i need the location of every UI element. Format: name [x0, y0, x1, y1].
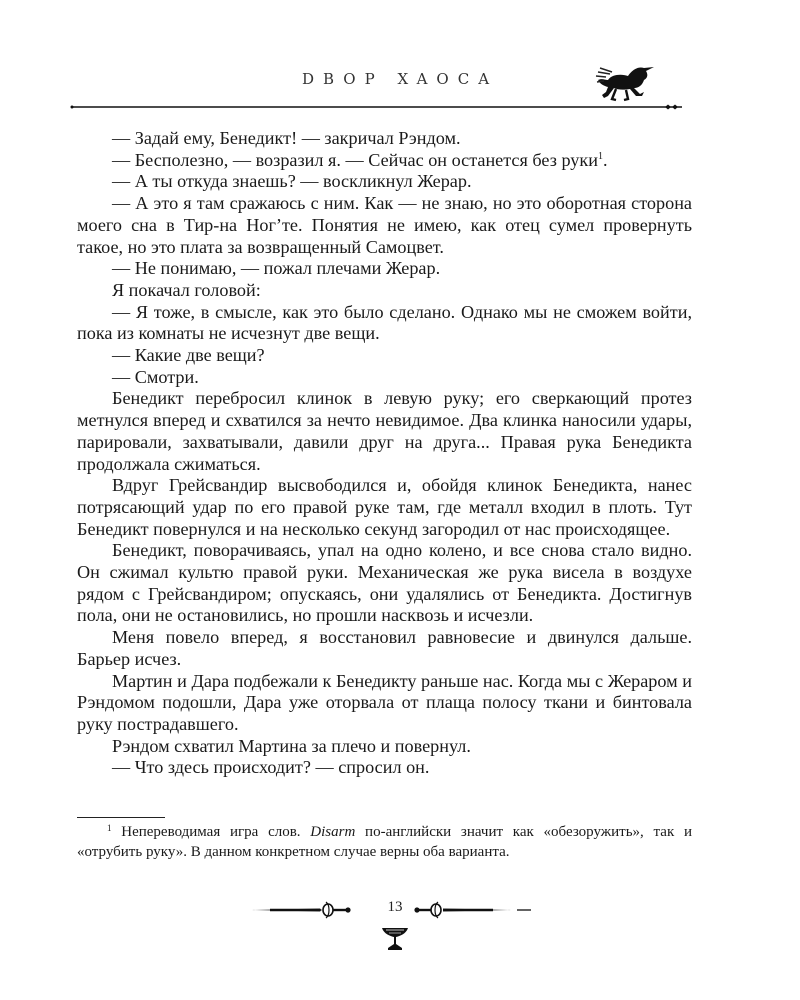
- paragraph: — Я тоже, в смысле, как это было сделано…: [77, 302, 692, 345]
- paragraph: — А ты откуда знаешь? — воскликнул Жерар…: [77, 171, 692, 193]
- paragraph: Мартин и Дара подбежали к Бенедикту рань…: [77, 671, 692, 736]
- paragraph: Бенедикт, поворачиваясь, упал на одно ко…: [77, 540, 692, 627]
- paragraph: Меня повело вперед, я восстановил равнов…: [77, 627, 692, 670]
- paragraph: — Не понимаю, — пожал плечами Жерар.: [77, 258, 692, 280]
- paragraph: — Какие две вещи?: [77, 345, 692, 367]
- paragraph: Рэндом схватил Мартина за плечо и поверн…: [77, 736, 692, 758]
- sword-right-icon: [413, 901, 543, 919]
- paragraph: Бенедикт перебросил клинок в левую руку;…: [77, 388, 692, 475]
- page-footer: 13: [250, 895, 540, 955]
- paragraph: — Смотри.: [77, 367, 692, 389]
- footnote-text: 1 Непереводимая игра слов. Disarm по-анг…: [77, 822, 692, 862]
- footnote-italic-word: Disarm: [310, 824, 355, 840]
- paragraph: Я покачал головой:: [77, 280, 692, 302]
- footnote-marker: 1: [107, 823, 112, 833]
- paragraph: Вдруг Грейсвандир высвободился и, обойдя…: [77, 475, 692, 540]
- paragraph: — Что здесь происходит? — спросил он.: [77, 757, 692, 779]
- footnote: 1 Непереводимая игра слов. Disarm по-анг…: [77, 822, 692, 862]
- body-text: — Задай ему, Бенедикт! — закричал Рэндом…: [77, 128, 692, 779]
- paragraph-with-footnote-ref: — Бесполезно, — возразил я. — Сейчас он …: [77, 150, 692, 172]
- header-rule: [70, 104, 688, 110]
- unicorn-icon: [594, 62, 656, 102]
- running-title: DBOP XAOCA: [0, 70, 800, 88]
- paragraph: — А это я там сражаюсь с ним. Как — не з…: [77, 193, 692, 258]
- paragraph: — Задай ему, Бенедикт! — закричал Рэндом…: [77, 128, 692, 150]
- footnote-rule: [77, 817, 165, 818]
- goblet-icon: [380, 925, 410, 951]
